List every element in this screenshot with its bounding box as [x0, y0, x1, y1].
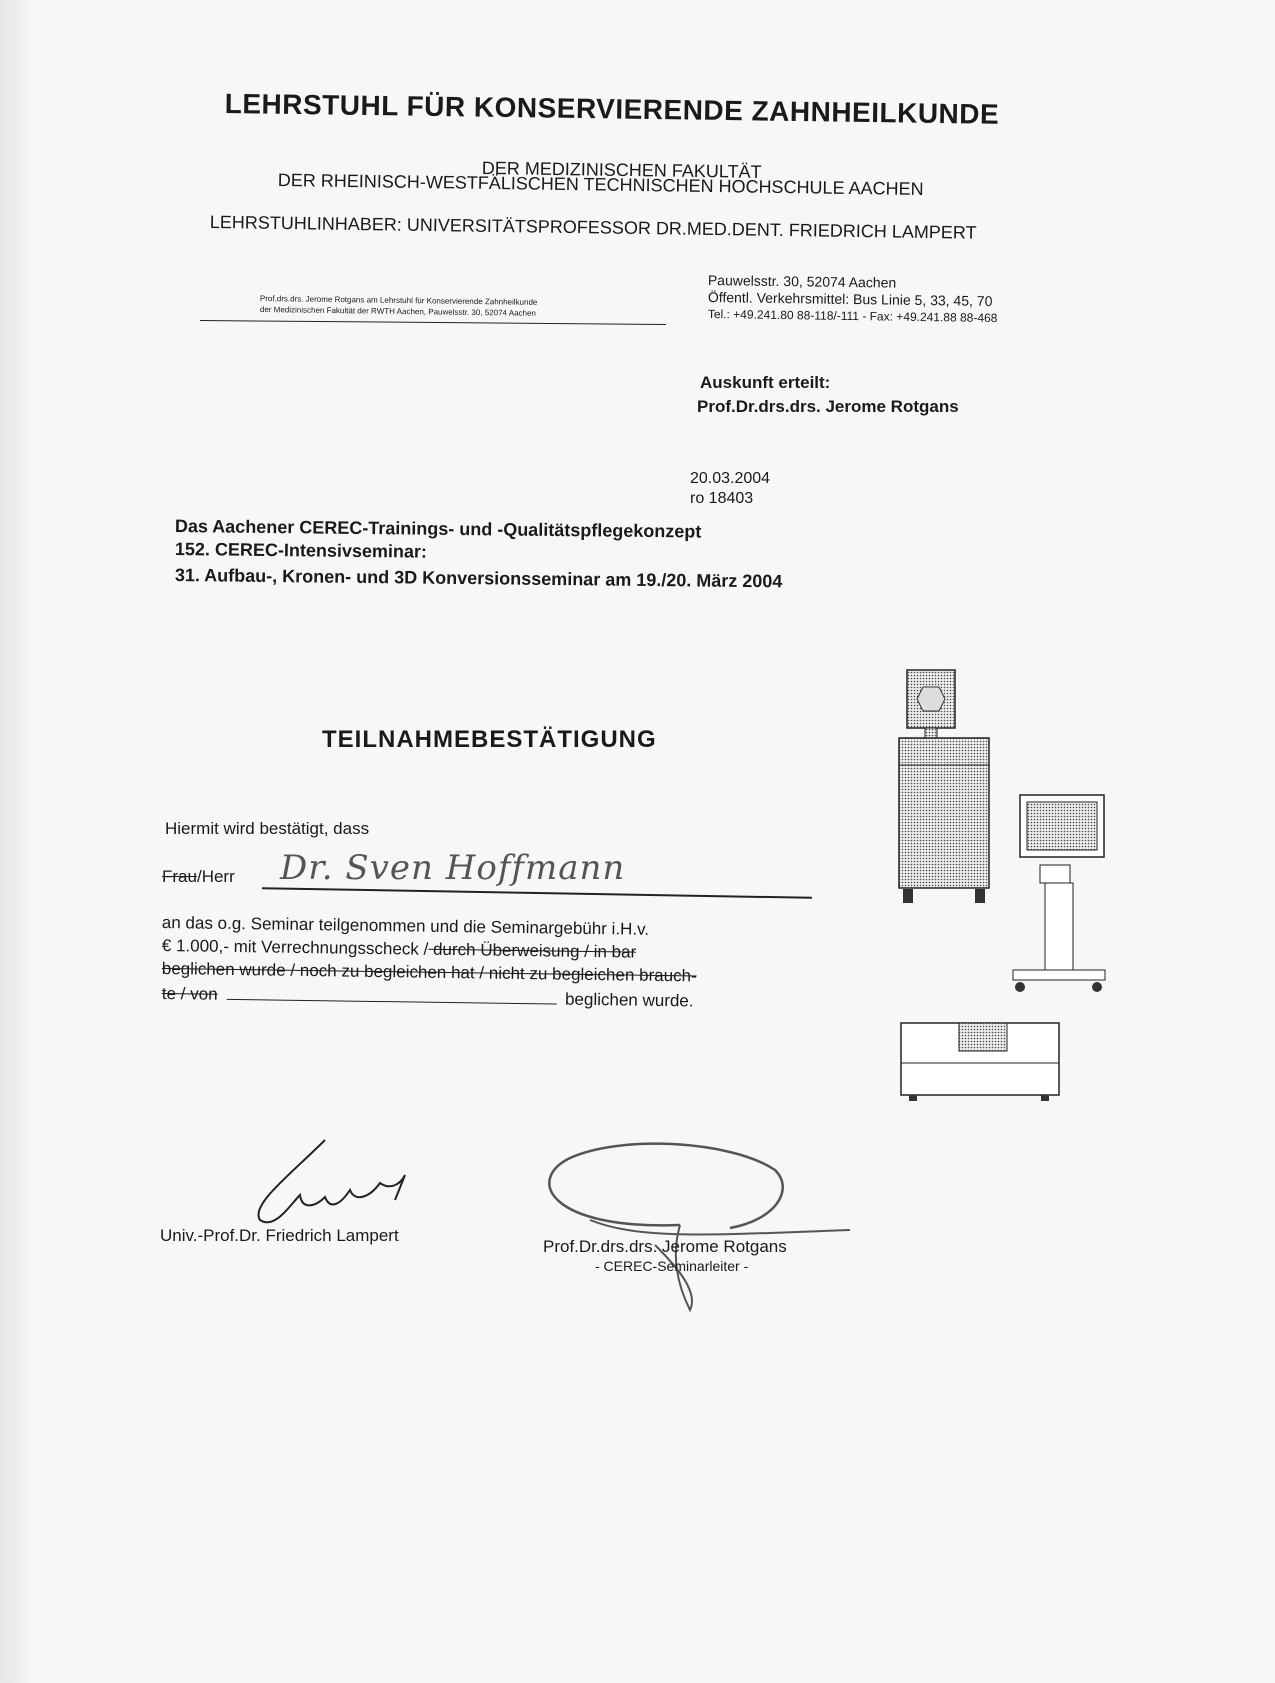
contact-label: Auskunft erteilt:	[700, 372, 830, 394]
intro-text: Hiermit wird bestätigt, dass	[165, 818, 369, 839]
compact-unit-drawing	[901, 1023, 1059, 1101]
salutation-kept: /Herr	[197, 867, 235, 886]
salutation: Frau/Herr	[162, 866, 235, 887]
payment-options-struck: durch Überweisung / in bar	[428, 940, 636, 962]
salutation-struck: Frau	[162, 867, 197, 886]
right-signatory-role: - CEREC-Seminarleiter -	[595, 1258, 748, 1274]
reference-number: ro 18403	[690, 488, 753, 509]
right-signatory-name: Prof.Dr.drs.drs. Jerome Rotgans	[543, 1236, 787, 1257]
contact-name: Prof.Dr.drs.drs. Jerome Rotgans	[697, 396, 959, 418]
milling-unit-drawing	[899, 670, 989, 903]
participant-name-handwritten: Dr. Sven Hoffmann	[280, 848, 625, 888]
subject-line-2: 152. CEREC-Intensivseminar:	[175, 538, 427, 563]
cerec-units-illustration	[895, 665, 1115, 1115]
lampert-signature	[230, 1135, 430, 1235]
left-signatory-name: Univ.-Prof.Dr. Friedrich Lampert	[160, 1225, 399, 1246]
rotgans-signature	[530, 1140, 870, 1320]
document-title: TEILNAHMEBESTÄTIGUNG	[322, 726, 657, 754]
document-date: 20.03.2004	[690, 468, 770, 489]
blank-line	[226, 999, 556, 1005]
acquisition-unit-drawing	[1013, 795, 1105, 992]
